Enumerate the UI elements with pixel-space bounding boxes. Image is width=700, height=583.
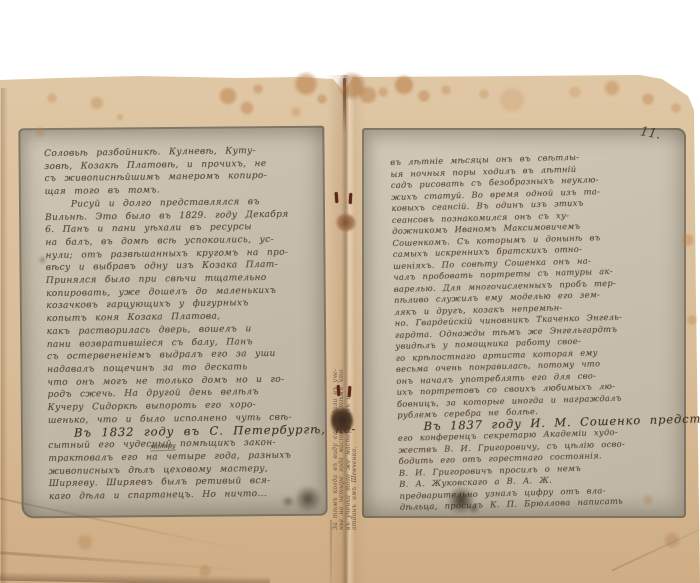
- ink-smudge: [468, 504, 480, 513]
- paper-left-edge-shadow: [1, 88, 8, 583]
- margin-note-vertical-text: За тѣмъ когда въ виду его отдали въ уче-…: [333, 152, 363, 530]
- fold-crease-line: [343, 78, 346, 134]
- left-page-text: Соловьѣ разбойникѣ. Кулневѣ, Куту-зовѣ, …: [44, 144, 337, 504]
- stitch-thread: [337, 385, 341, 396]
- margin-note-area: За тѣмъ когда въ виду его отдали въ уче-…: [363, 150, 393, 530]
- ink-smudge: [294, 485, 322, 513]
- interlinear-insertion: маляру: [150, 442, 176, 452]
- margin-mark: [38, 257, 47, 263]
- stitch-thread: [349, 193, 353, 204]
- right-page-text: въ лѣтніе мѣсяцы онъ въ свѣтлы-ыя ночныя…: [390, 149, 692, 514]
- stitch-stain: [331, 407, 353, 434]
- margin-note-line: отданъ имъ Шевченко.: [352, 152, 358, 530]
- stitch-stain: [336, 214, 356, 231]
- manuscript-photo: Соловьѣ разбойникѣ. Кулневѣ, Куту-зовѣ, …: [0, 0, 700, 583]
- ink-smudge: [280, 497, 296, 506]
